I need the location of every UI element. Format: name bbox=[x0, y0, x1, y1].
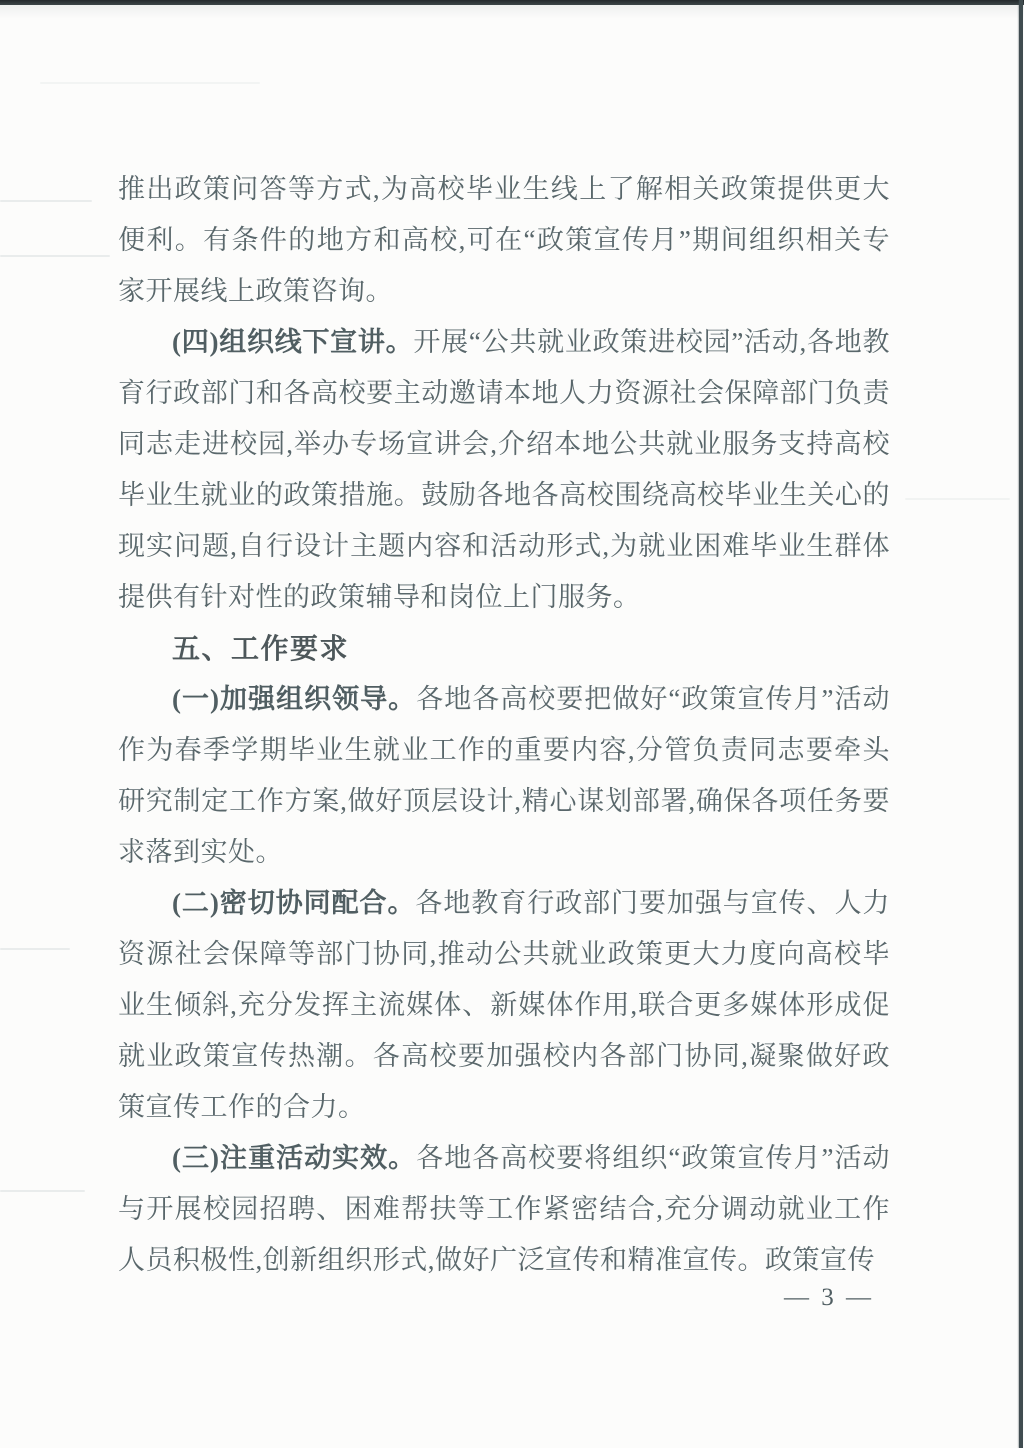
scan-artifact bbox=[0, 200, 92, 202]
scan-artifact bbox=[0, 1190, 85, 1192]
paragraph-item-1: (一)加强组织领导。各地各高校要把做好“政策宣传月”活动作为春季学期毕业生就业工… bbox=[118, 674, 890, 878]
paragraph-lead: (一)加强组织领导。 bbox=[172, 684, 416, 714]
paragraph-continuation: 推出政策问答等方式,为高校毕业生线上了解相关政策提供更大便利。有条件的地方和高校… bbox=[118, 164, 890, 317]
scan-artifact bbox=[905, 498, 1010, 500]
scan-artifact bbox=[0, 255, 110, 257]
scan-artifact bbox=[40, 82, 260, 84]
paragraph-text: 推出政策问答等方式,为高校毕业生线上了解相关政策提供更大便利。有条件的地方和高校… bbox=[118, 174, 890, 306]
scan-top-shadow bbox=[0, 5, 1024, 19]
paragraph-lead: (四)组织线下宣讲。 bbox=[172, 327, 413, 357]
page-number: — 3 — bbox=[768, 1284, 890, 1312]
paragraph-text: 各地教育行政部门要加强与宣传、人力资源社会保障等部门协同,推动公共就业政策更大力… bbox=[118, 888, 890, 1122]
document-body: 推出政策问答等方式,为高校毕业生线上了解相关政策提供更大便利。有条件的地方和高校… bbox=[118, 164, 890, 1286]
scan-artifact bbox=[0, 948, 70, 950]
paragraph-text: 开展“公共就业政策进校园”活动,各地教育行政部门和各高校要主动邀请本地人力资源社… bbox=[118, 327, 890, 612]
paragraph-item-4: (四)组织线下宣讲。开展“公共就业政策进校园”活动,各地教育行政部门和各高校要主… bbox=[118, 317, 890, 623]
section-heading: 五、工作要求 bbox=[118, 623, 890, 674]
paragraph-item-2: (二)密切协同配合。各地教育行政部门要加强与宣传、人力资源社会保障等部门协同,推… bbox=[118, 878, 890, 1133]
paragraph-lead: (三)注重活动实效。 bbox=[172, 1143, 416, 1173]
paragraph-lead: (二)密切协同配合。 bbox=[172, 888, 415, 918]
scanned-document-page: 推出政策问答等方式,为高校毕业生线上了解相关政策提供更大便利。有条件的地方和高校… bbox=[0, 0, 1024, 1448]
scan-right-edge bbox=[1019, 0, 1023, 1448]
paragraph-item-3: (三)注重活动实效。各地各高校要将组织“政策宣传月”活动与开展校园招聘、困难帮扶… bbox=[118, 1133, 890, 1286]
